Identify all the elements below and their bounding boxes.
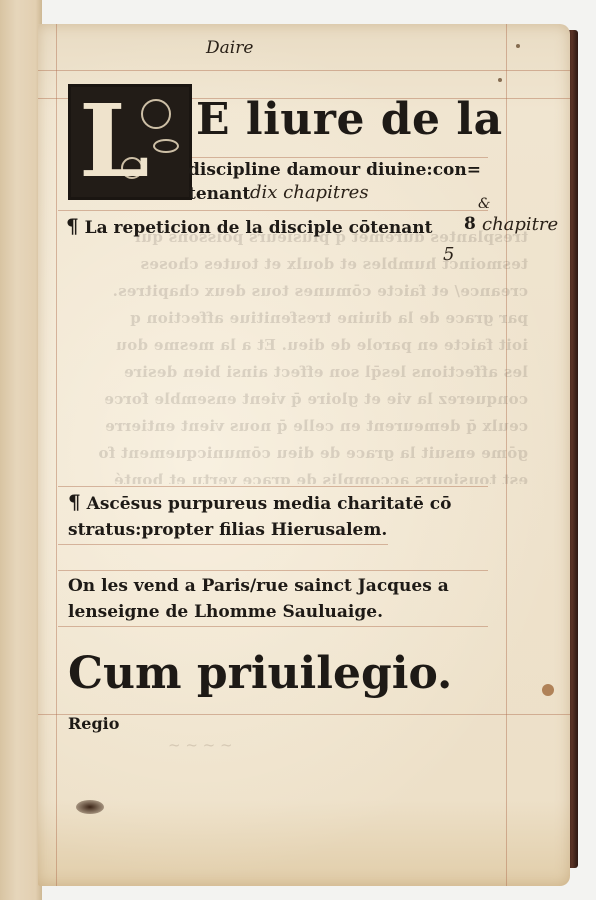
left-margin-rule	[56, 24, 57, 886]
bleed-through-text: tresplantes duremēt q̄ plusieurs poisson…	[58, 224, 528, 484]
text-rule	[58, 544, 388, 545]
handwritten-ampersand: &	[478, 196, 490, 212]
foxing-spot	[516, 44, 520, 48]
imprint-line-2: lenseigne de Lhomme Sauluaige.	[68, 602, 383, 622]
decorated-initial: L	[68, 84, 192, 200]
handwritten-number-five: 5	[443, 244, 454, 265]
text-rule	[58, 570, 488, 571]
text-rule	[188, 157, 488, 158]
subtitle-line: ¶ La repeticion de la disciple cōtenant	[66, 214, 433, 238]
privilege-heading: Cum priuilegio.	[68, 648, 452, 699]
text-rule	[58, 626, 488, 627]
foxing-spot	[498, 78, 502, 82]
title-line-3: tenant	[188, 184, 250, 204]
title-line-2: discipline damour diuine:con=	[188, 160, 481, 180]
ornament-leaf-icon	[153, 139, 179, 153]
imprint-line-1: On les vend a Paris/rue sainct Jacques a	[68, 576, 449, 596]
initial-letter: L	[79, 91, 149, 191]
flyleaf-edge	[0, 0, 42, 900]
handwritten-chapitre-margin: chapitre	[482, 214, 558, 235]
privilege-regio: Regio	[68, 714, 119, 733]
ink-stain	[76, 800, 104, 814]
foxing-spot	[542, 684, 554, 696]
subtitle-text: La repeticion de la disciple cōtenant	[85, 218, 433, 238]
pilcrow-icon: ¶	[68, 490, 81, 514]
title-page: tresplantes duremēt q̄ plusieurs poisson…	[38, 24, 570, 886]
subtitle-numeral: 8	[464, 214, 476, 234]
text-rule	[58, 486, 488, 487]
latin-motto-line-2: stratus:propter filias Hierusalem.	[68, 520, 387, 540]
faint-pencil-note: ~ ~ ~ ~	[168, 736, 233, 754]
pilcrow-icon: ¶	[66, 214, 79, 238]
handwritten-chapters: dix chapitres	[250, 182, 369, 203]
text-rule	[58, 210, 488, 211]
latin-motto-line-1: ¶ Ascēsus purpureus media charitatē cō	[68, 490, 451, 514]
handwritten-name: Daire	[206, 38, 253, 58]
top-rule-1	[38, 70, 570, 71]
title-line-1: E liure de la	[196, 94, 503, 145]
